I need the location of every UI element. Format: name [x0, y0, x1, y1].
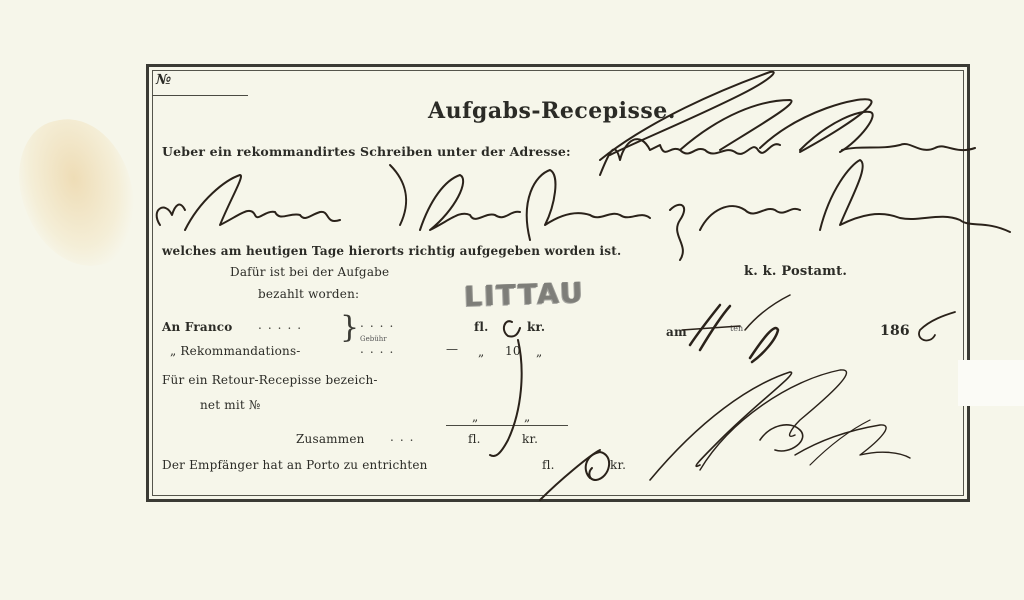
date-am-label: am — [666, 325, 687, 339]
franco-dots-2: .... — [360, 316, 399, 330]
retour-ditto-1: „ — [472, 410, 478, 424]
franco-fl-label: fl. — [474, 320, 489, 334]
paper-scuff — [958, 360, 1024, 406]
rekommandation-ditto-2: „ — [536, 345, 542, 359]
recipient-kr-label: kr. — [610, 458, 626, 472]
address-intro-text: Ueber ein rekommandirtes Schreiben unter… — [162, 144, 571, 159]
zusammen-label: Zusammen — [296, 432, 365, 446]
number-underline — [152, 95, 248, 96]
zusammen-fl-label: fl. — [468, 432, 481, 446]
rekommandation-label: „ Rekommandations- — [170, 344, 301, 358]
franco-dots: ..... — [258, 318, 307, 332]
zusammen-dots: ... — [390, 430, 419, 444]
fee-brace: } — [340, 313, 359, 343]
rekommandation-dots: .... — [360, 342, 399, 356]
franco-label: An Franco — [162, 320, 232, 334]
date-ten-label: ten — [730, 324, 743, 333]
posted-today-text: welches am heutigen Tage hierorts richti… — [162, 244, 621, 258]
paid-label-1: Dafür ist bei der Aufgabe — [230, 265, 389, 279]
recipient-fl-label: fl. — [542, 458, 555, 472]
paper-stain — [8, 108, 147, 278]
rekommandation-kr-value: 10 — [505, 344, 521, 358]
rekommandation-ditto-1: „ — [478, 345, 484, 359]
recipient-postage-label: Der Empfänger hat an Porto zu entrichten — [162, 458, 428, 472]
post-office-label: k. k. Postamt. — [744, 264, 847, 279]
rekommandation-fl-dash: — — [446, 342, 458, 356]
date-year-printed: 186 — [880, 323, 910, 339]
littau-postmark-stamp: LITTAU — [463, 276, 585, 313]
receipt-title: Aufgabs-Recepisse. — [428, 98, 676, 124]
retour-label-1: Für ein Retour-Recepisse bezeich- — [162, 373, 378, 387]
zusammen-kr-label: kr. — [522, 432, 538, 446]
subtotal-rule — [446, 425, 568, 426]
retour-label-2: net mit № — [200, 398, 260, 412]
retour-ditto-2: „ — [524, 410, 530, 424]
franco-kr-label: kr. — [527, 320, 545, 334]
paid-label-2: bezahlt worden: — [258, 287, 359, 301]
number-label: № — [156, 72, 171, 88]
